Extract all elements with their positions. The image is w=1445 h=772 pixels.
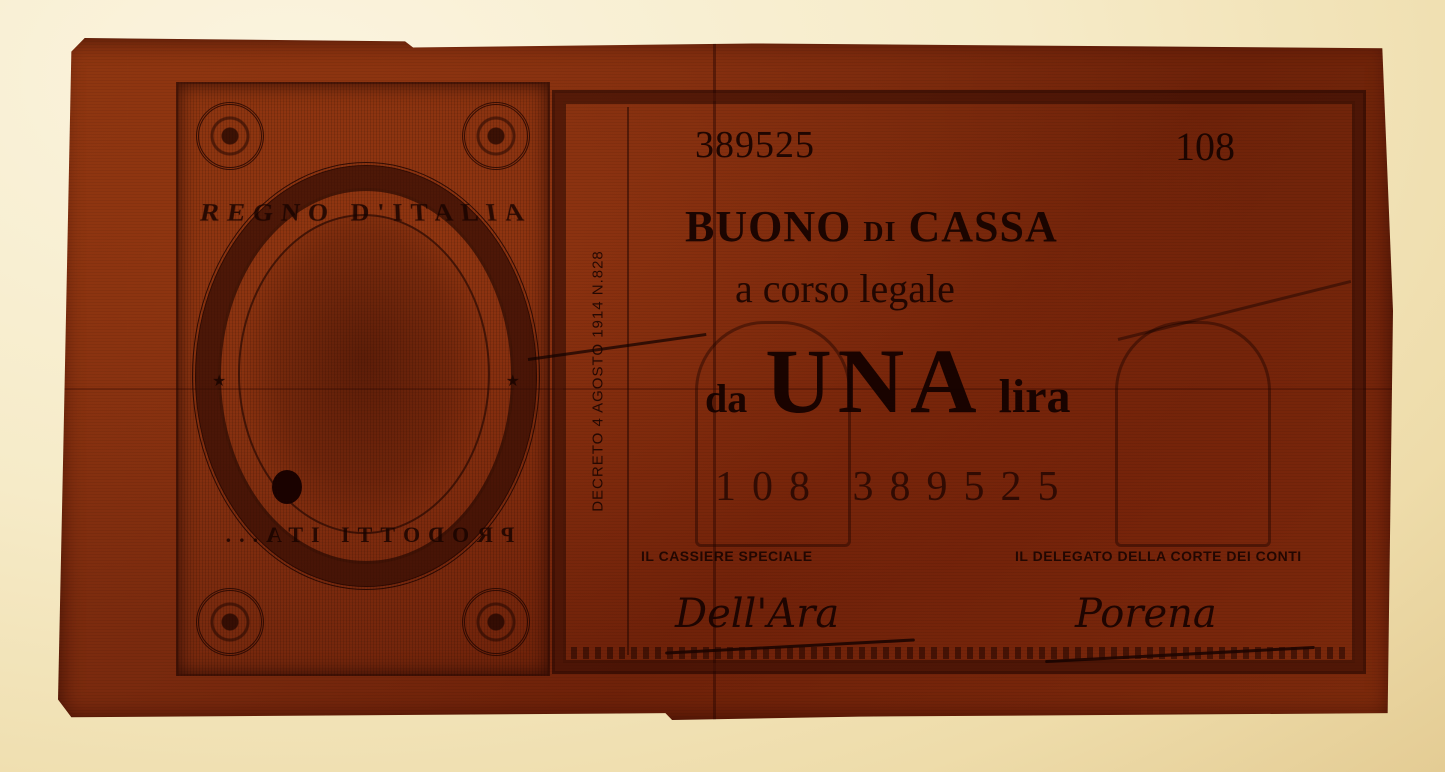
- note-title: BUONODICASSA: [685, 201, 1058, 252]
- text-panel: DECRETO 4 AGOSTO 1914 N.828 389525 108 B…: [552, 90, 1366, 674]
- serial-bottom: 108 389525: [715, 463, 1075, 511]
- rosette-ornament-icon: [196, 102, 264, 170]
- serial-number: 389525: [695, 123, 815, 167]
- caption-cashier: IL CASSIERE SPECIALE: [641, 548, 813, 564]
- banknote: REGNO D'ITALIA ★ ★ PRODOTTI ITA... DECRE…: [58, 38, 1393, 720]
- ink-stain: [272, 470, 302, 504]
- title-end: CASSA: [908, 202, 1057, 251]
- side-strip: DECRETO 4 AGOSTO 1914 N.828: [569, 107, 629, 655]
- portrait-medallion: REGNO D'ITALIA ★ ★ PRODOTTI ITA...: [192, 162, 540, 590]
- title-small: DI: [863, 217, 896, 248]
- star-icon: ★: [212, 371, 226, 391]
- note-subtitle: a corso legale: [735, 265, 955, 312]
- denomination-value: UNA: [765, 330, 982, 432]
- portrait-panel: REGNO D'ITALIA ★ ★ PRODOTTI ITA...: [176, 82, 550, 676]
- rosette-ornament-icon: [462, 588, 530, 656]
- denomination-unit: lira: [999, 370, 1071, 423]
- denomination-prefix: da: [705, 376, 747, 421]
- beaded-border: [571, 647, 1347, 659]
- ornament-frame: [1115, 321, 1271, 547]
- caption-delegate: IL DELEGATO DELLA CORTE DEI CONTI: [1015, 548, 1302, 564]
- signature-delegate: Porena: [1075, 591, 1217, 637]
- title-main: BUONO: [685, 202, 851, 251]
- decree-text: DECRETO 4 AGOSTO 1914 N.828: [590, 250, 607, 512]
- medallion-bottom-text: PRODOTTI ITA...: [196, 522, 536, 548]
- series-number: 108: [1175, 123, 1235, 170]
- denomination: daUNAlira: [705, 328, 1071, 434]
- star-icon: ★: [506, 371, 520, 391]
- rosette-ornament-icon: [462, 102, 530, 170]
- signature-cashier: Dell'Ara: [675, 591, 839, 637]
- rosette-ornament-icon: [196, 588, 264, 656]
